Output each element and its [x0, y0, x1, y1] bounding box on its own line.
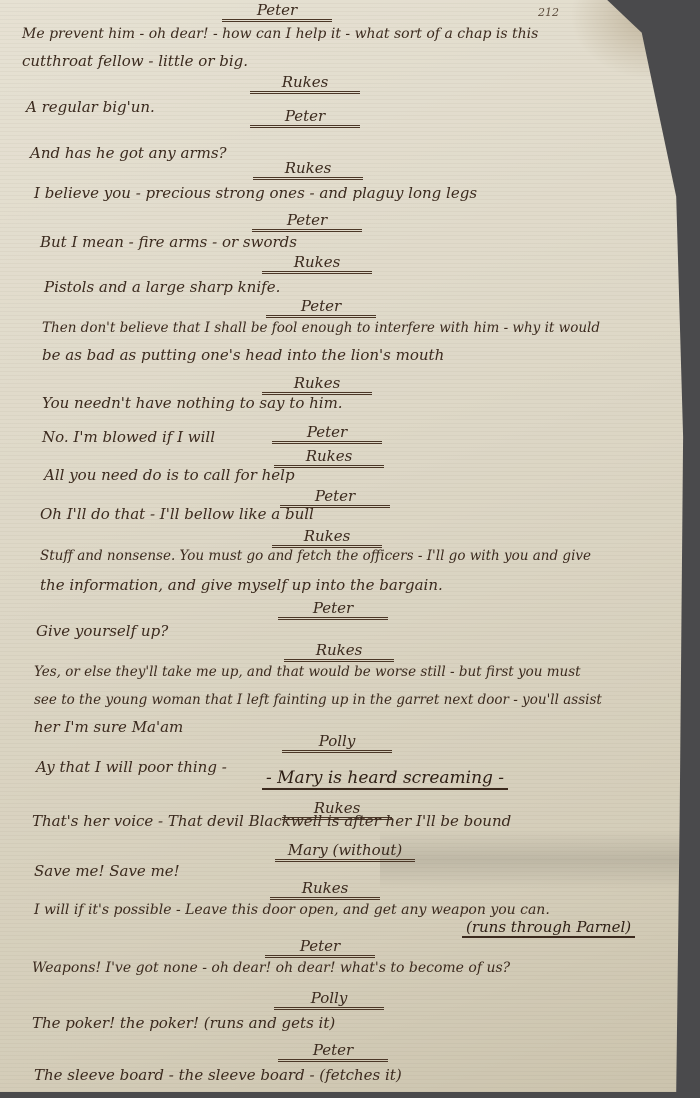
stage-direction: (runs through Parnel)	[462, 918, 635, 938]
paper-fold-shadow	[380, 830, 690, 890]
dialogue-line: Ay that I will poor thing -	[36, 758, 227, 776]
speaker-name: Rukes	[272, 528, 382, 548]
speaker-name: Rukes	[262, 375, 372, 395]
dialogue-line: Stuff and nonsense. You must go and fetc…	[40, 548, 591, 564]
speaker-name: Rukes	[250, 74, 360, 94]
speaker-name: Polly	[282, 733, 392, 753]
dialogue-line: But I mean - fire arms - or swords	[40, 233, 297, 251]
speaker-name: Polly	[274, 990, 384, 1010]
dialogue-line: see to the young woman that I left faint…	[34, 692, 602, 708]
paper-stain	[570, 0, 690, 80]
speaker-name: Rukes	[262, 254, 372, 274]
dialogue-line: Weapons! I've got none - oh dear! oh dea…	[32, 960, 510, 976]
speaker-name: Rukes	[274, 448, 384, 468]
dialogue-line: A regular big'un.	[26, 98, 155, 116]
speaker-name: Peter	[250, 108, 360, 128]
dialogue-line: And has he got any arms?	[30, 144, 227, 162]
dialogue-line: Then don't believe that I shall be fool …	[42, 320, 600, 336]
dialogue-line: No. I'm blowed if I will	[42, 428, 215, 446]
folio-number: 212	[538, 6, 559, 19]
dialogue-line: I believe you - precious strong ones - a…	[34, 184, 477, 202]
dialogue-line: cutthroat fellow - little or big.	[22, 52, 248, 70]
dialogue-line: That's her voice - That devil Blackwell …	[32, 812, 511, 830]
speaker-name: Rukes	[253, 160, 363, 180]
speaker-name: Peter	[272, 424, 382, 444]
speaker-name: Peter	[222, 2, 332, 22]
speaker-name: Peter	[265, 938, 375, 958]
speaker-name: Mary (without)	[275, 842, 415, 862]
manuscript-page: 212 Peter Me prevent him - oh dear! - ho…	[0, 0, 690, 1092]
dialogue-line: Oh I'll do that - I'll bellow like a bul…	[40, 505, 314, 523]
dialogue-line: her I'm sure Ma'am	[34, 718, 183, 736]
speaker-name: Rukes	[284, 642, 394, 662]
speaker-name: Peter	[278, 600, 388, 620]
speaker-name: Rukes	[270, 880, 380, 900]
dialogue-line: The sleeve board - the sleeve board - (f…	[34, 1066, 402, 1084]
stage-direction: - Mary is heard screaming -	[262, 768, 508, 790]
dialogue-line: All you need do is to call for help	[44, 466, 295, 484]
dialogue-line: Give yourself up?	[36, 622, 168, 640]
speaker-name: Peter	[266, 298, 376, 318]
speaker-name: Peter	[278, 1042, 388, 1062]
dialogue-line: be as bad as putting one's head into the…	[42, 346, 444, 364]
dialogue-line: I will if it's possible - Leave this doo…	[34, 902, 550, 918]
dialogue-line: You needn't have nothing to say to him.	[42, 394, 343, 412]
dialogue-line: Pistols and a large sharp knife.	[44, 278, 280, 296]
dialogue-line: Save me! Save me!	[34, 862, 180, 880]
dialogue-line: Yes, or else they'll take me up, and tha…	[34, 664, 581, 680]
speaker-name: Peter	[252, 212, 362, 232]
dialogue-line: Me prevent him - oh dear! - how can I he…	[22, 26, 538, 42]
dialogue-line: The poker! the poker! (runs and gets it)	[32, 1014, 335, 1032]
dialogue-line: the information, and give myself up into…	[40, 576, 443, 594]
